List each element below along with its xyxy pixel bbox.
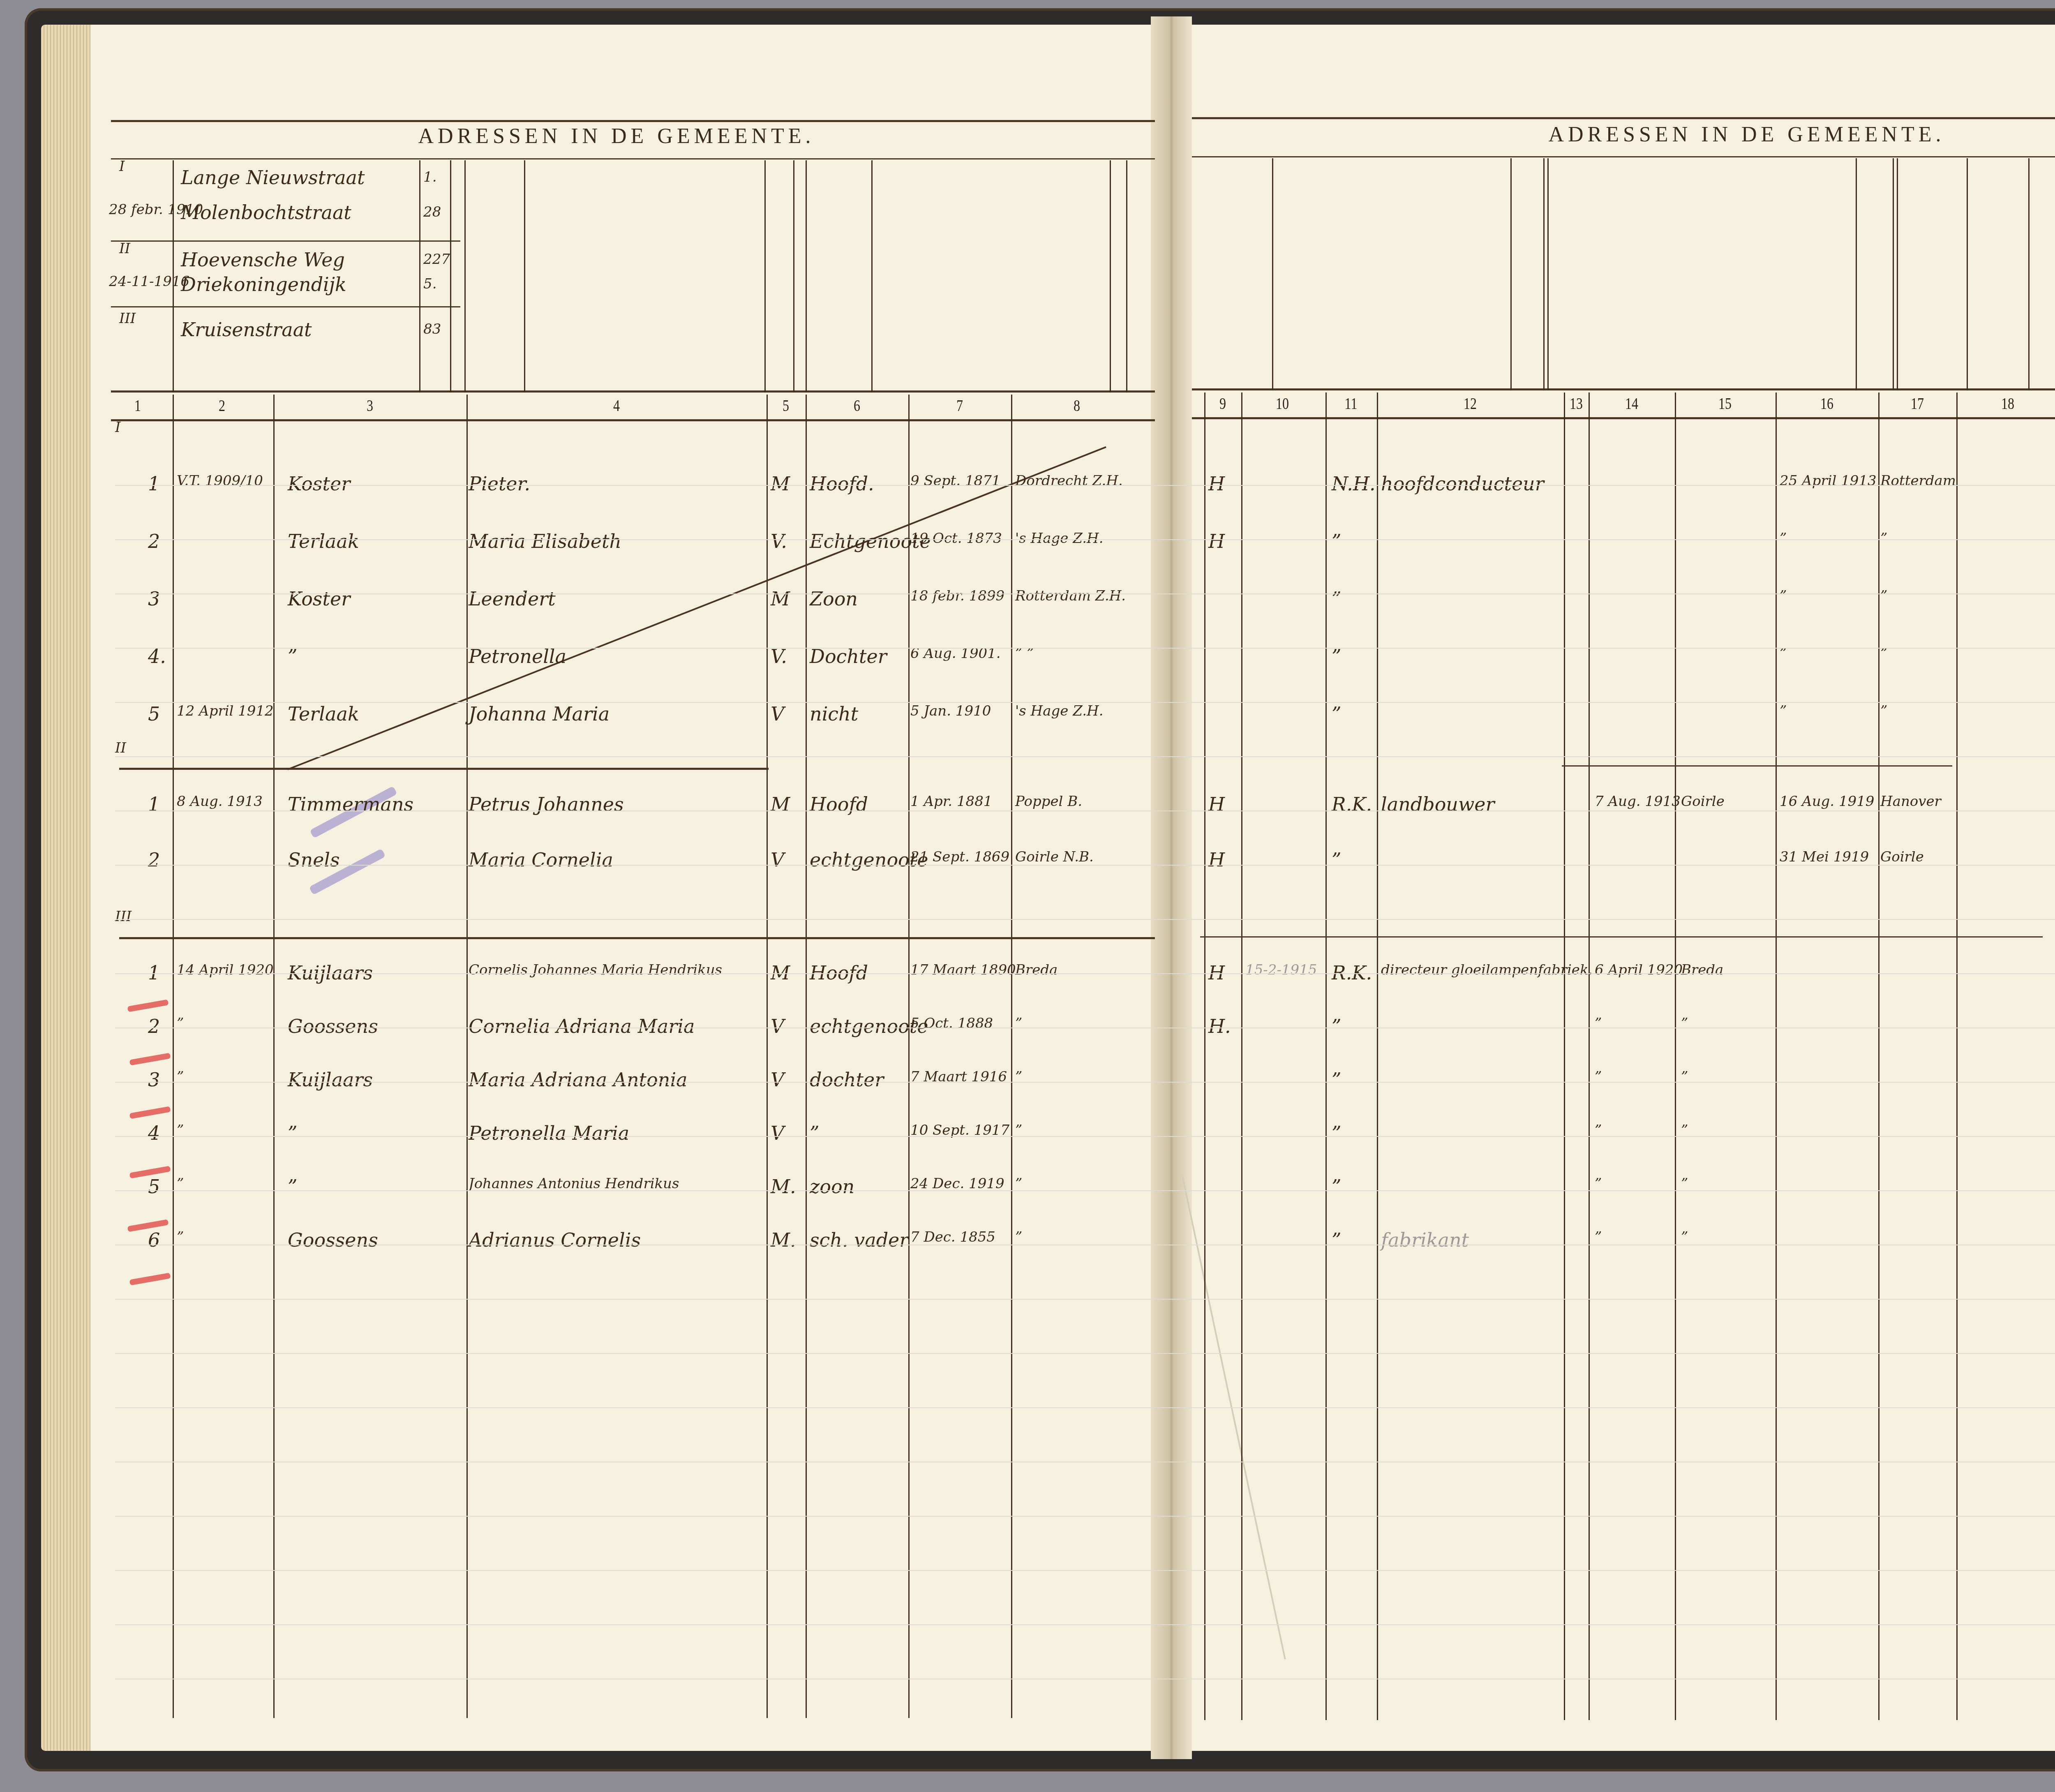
cell-relation: Hoofd (810, 793, 868, 815)
cell-c14: 7 Aug. 1913 (1595, 793, 1681, 810)
cell-sex: M. (771, 1175, 796, 1198)
cell-surname: ” (288, 1175, 298, 1198)
cell-c11: ” (1332, 1015, 1342, 1037)
cell-given: Maria Cornelia (469, 849, 613, 871)
address-column-rule (1897, 158, 1898, 390)
column-number-13: 13 (1563, 394, 1589, 413)
cell-c17: ” (1880, 588, 1887, 604)
address-column-rule (1510, 158, 1512, 390)
ruled-line (115, 593, 2055, 594)
cell-relation: zoon (810, 1175, 854, 1198)
cell-birthdate: 9 Sept. 1871 (910, 473, 1000, 489)
column-rule (1776, 393, 1777, 1720)
page-edges (41, 25, 95, 1751)
column-number-2: 2 (209, 396, 235, 415)
cell-c9: H. (1208, 1015, 1231, 1037)
cell-c12: fabrikant (1381, 1229, 1469, 1251)
ruled-line (115, 1407, 2055, 1408)
ruled-line (115, 648, 2055, 649)
ruled-line (115, 1516, 2055, 1517)
address-street: Driekoningendijk (181, 273, 346, 296)
cell-given: Cornelia Adriana Maria (469, 1015, 695, 1037)
cell-relation: Zoon (810, 588, 858, 610)
cell-c16: ” (1780, 530, 1787, 547)
address-house-number: 1. (423, 169, 436, 185)
cell-given: Maria Elisabeth (469, 530, 621, 552)
ruled-line (115, 1353, 2055, 1354)
section-title-right: ADRESSEN IN DE GEMEENTE. (1356, 122, 2055, 147)
cell-relation: sch. vader (810, 1229, 908, 1251)
cell-birthplace: ” (1015, 1015, 1022, 1032)
cell-birthdate: 17 Maart 1890 (910, 962, 1016, 978)
cell-birthplace: Poppel B. (1015, 793, 1082, 810)
address-street: Lange Nieuwstraat (181, 166, 365, 189)
address-column-rule (173, 160, 174, 393)
cell-relation: ” (810, 1122, 820, 1144)
address-separator (111, 306, 460, 307)
cell-relation: nicht (810, 703, 858, 725)
cell-c15: ” (1681, 1175, 1688, 1192)
cell-c17: Hanover (1880, 793, 1941, 810)
cell-c11: N.H. (1332, 473, 1376, 495)
cell-birthplace: Goirle N.B. (1015, 849, 1094, 865)
ruled-line (115, 1299, 2055, 1300)
column-rule (806, 395, 807, 1718)
cell-c11: ” (1332, 1175, 1342, 1198)
ruled-line (115, 1136, 2055, 1137)
address-house-number: 227 (423, 251, 450, 268)
column-number-15: 15 (1712, 394, 1738, 413)
address-column-rule (450, 160, 451, 393)
cell-c9: H (1208, 793, 1225, 815)
colnum-rule-bottom-right (1192, 417, 2055, 419)
cell-birthdate: 1 Apr. 1881 (910, 793, 992, 810)
cell-c12: hoofdconducteur (1381, 473, 1544, 495)
cell-birthplace: Dordrecht Z.H. (1015, 473, 1123, 489)
cell-nr: 2 (148, 530, 160, 552)
address-column-rule (419, 160, 420, 393)
cell-given: Johannes Antonius Hendrikus (469, 1175, 679, 1192)
column-rule (1011, 395, 1012, 1718)
ruled-line (115, 1028, 2055, 1028)
column-rule (1204, 393, 1205, 1720)
cell-nr: 1 (148, 473, 160, 495)
column-number-8: 8 (1064, 396, 1090, 415)
cell-surname: Terlaak (288, 530, 359, 552)
ruled-line (115, 973, 2055, 974)
cell-c11: ” (1332, 645, 1342, 667)
address-street: Molenbochtstraat (181, 201, 351, 224)
title-underline-right (1192, 156, 2055, 157)
address-house-number: 5. (423, 276, 436, 292)
cell-surname: Kuijlaars (288, 962, 373, 984)
top-rule-left (111, 120, 1155, 122)
cell-relation: Hoofd (810, 962, 868, 984)
cell-c15: ” (1681, 1229, 1688, 1245)
cell-c17: ” (1880, 530, 1887, 547)
address-period-marker: I (119, 158, 125, 175)
address-column-rule (1272, 158, 1273, 390)
ruled-line (115, 1245, 2055, 1245)
cell-birthdate: 5 Oct. 1888 (910, 1015, 993, 1032)
column-rule (1675, 393, 1676, 1720)
column-rule (1589, 393, 1590, 1720)
address-separator (111, 240, 460, 242)
cell-date: 14 April 1920 (177, 962, 274, 978)
column-rule (173, 395, 174, 1718)
cell-birthplace: ” (1015, 1069, 1022, 1085)
column-number-11: 11 (1338, 394, 1364, 413)
cell-given: Maria Adriana Antonia (469, 1069, 688, 1091)
address-column-rule (1547, 158, 1549, 390)
cell-birthdate: 19 Oct. 1873 (910, 530, 1002, 547)
cell-c11: ” (1332, 588, 1342, 610)
address-street: Kruisenstraat (181, 319, 312, 341)
cell-surname: Goossens (288, 1015, 378, 1037)
cell-c11: ” (1332, 1122, 1342, 1144)
ruled-line (115, 702, 2055, 703)
cell-nr: 3 (148, 1069, 160, 1091)
column-rule (1241, 393, 1242, 1720)
column-number-16: 16 (1814, 394, 1840, 413)
ruled-line (115, 756, 2055, 757)
cell-relation: dochter (810, 1069, 884, 1091)
cell-nr: 4 (148, 1122, 160, 1144)
cell-nr: 1 (148, 962, 160, 984)
title-underline-left (111, 158, 1155, 159)
cell-c17: Rotterdam (1880, 473, 1956, 489)
address-house-number: 83 (423, 321, 441, 337)
cell-sex: M (771, 588, 790, 610)
cell-surname: Snels (288, 849, 340, 871)
cell-given: Pieter. (469, 473, 530, 495)
column-number-17: 17 (1904, 394, 1930, 413)
address-column-rule (2028, 158, 2030, 390)
cell-c11: ” (1332, 849, 1342, 871)
cell-c9: H (1208, 849, 1225, 871)
address-period-marker: II (119, 240, 130, 257)
cell-surname: Kuijlaars (288, 1069, 373, 1091)
household-separator-1 (119, 768, 769, 770)
address-column-rule (764, 160, 766, 393)
column-rule (1564, 393, 1565, 1720)
household-label: II (115, 740, 126, 756)
cell-birthplace: 's Hage Z.H. (1015, 530, 1104, 547)
address-column-rule (524, 160, 525, 393)
cell-surname: Timmermans (288, 793, 413, 815)
cell-c16: 16 Aug. 1919 (1780, 793, 1874, 810)
cell-sex: V. (771, 530, 787, 552)
cell-birthplace: ” (1015, 1229, 1022, 1245)
cell-surname: Koster (288, 473, 350, 495)
cell-date: V.T. 1909/10 (177, 473, 263, 489)
cell-c10: 15-2-1915 (1245, 962, 1317, 978)
cell-nr: 6 (148, 1229, 160, 1251)
cell-c9: H (1208, 530, 1225, 552)
address-column-rule (806, 160, 807, 393)
address-column-rule (1893, 158, 1894, 390)
ruled-line (115, 865, 2055, 866)
column-number-5: 5 (773, 396, 799, 415)
column-number-14: 14 (1619, 394, 1645, 413)
ruled-line (115, 1570, 2055, 1571)
cell-birthplace: Rotterdam Z.H. (1015, 588, 1126, 604)
cell-birthdate: 7 Maart 1916 (910, 1069, 1007, 1085)
cell-given: Cornelis Johannes Maria Hendrikus (469, 962, 722, 978)
cell-c14: ” (1595, 1015, 1602, 1032)
ruled-line (115, 1462, 2055, 1462)
cell-sex: V. (771, 645, 787, 667)
ruled-line (115, 1679, 2055, 1679)
cell-nr: 2 (148, 849, 160, 871)
cell-date: ” (177, 1015, 184, 1032)
cell-c16: ” (1780, 703, 1787, 719)
cell-c11: ” (1332, 530, 1342, 552)
cell-given: Petronella (469, 645, 566, 667)
cell-c16: ” (1780, 588, 1787, 604)
household-separator-2 (119, 937, 1155, 939)
ruled-line (115, 485, 2055, 486)
cell-c12: directeur gloeilampenfabriek. (1381, 962, 1593, 978)
cell-given: Petronella Maria (469, 1122, 629, 1144)
column-number-3: 3 (357, 396, 383, 415)
column-number-12: 12 (1457, 394, 1483, 413)
column-number-6: 6 (844, 396, 870, 415)
cell-nr: 4. (148, 645, 166, 667)
cell-c11: ” (1332, 703, 1342, 725)
ruled-line (115, 1082, 2055, 1083)
colnum-rule-bottom-left (111, 419, 1155, 421)
cell-relation: Hoofd. (810, 473, 874, 495)
cell-c11: ” (1332, 1069, 1342, 1091)
address-house-number: 28 (423, 204, 441, 220)
cell-c14: ” (1595, 1229, 1602, 1245)
column-rule (1956, 393, 1958, 1720)
cell-date: ” (177, 1229, 184, 1245)
column-number-9: 9 (1210, 394, 1236, 413)
address-column-rule (1543, 158, 1545, 390)
cell-surname: ” (288, 645, 298, 667)
cell-relation: Dochter (810, 645, 887, 667)
address-period-marker: III (119, 310, 136, 327)
address-column-rule (1110, 160, 1111, 393)
address-column-rule (1126, 160, 1127, 393)
cell-sex: M (771, 962, 790, 984)
ruled-line (115, 1190, 2055, 1191)
column-number-4: 4 (603, 396, 630, 415)
cell-given: Johanna Maria (469, 703, 610, 725)
cell-sex: V (771, 1069, 784, 1091)
cell-sex: M (771, 473, 790, 495)
cell-surname: Goossens (288, 1229, 378, 1251)
cell-c15: Goirle (1681, 793, 1725, 810)
cell-nr: 5 (148, 703, 160, 725)
cell-birthdate: 7 Dec. 1855 (910, 1229, 995, 1245)
cell-birthdate: 24 Dec. 1919 (910, 1175, 1004, 1192)
section-title-left: ADRESSEN IN DE GEMEENTE. (288, 124, 945, 148)
cell-birthdate: 21 Sept. 1869 (910, 849, 1009, 865)
cell-c16: 31 Mei 1919 (1780, 849, 1869, 865)
column-rule (908, 395, 910, 1718)
cell-sex: V (771, 1122, 784, 1144)
cell-given: Leendert (469, 588, 556, 610)
right-page (1175, 25, 2055, 1751)
cell-c11: ” (1332, 1229, 1342, 1251)
address-column-rule (793, 160, 794, 393)
cell-date: 12 April 1912 (177, 703, 274, 719)
cell-c12: landbouwer (1381, 793, 1495, 815)
address-street: Hoevensche Weg (181, 249, 345, 271)
colnum-rule-top-right (1192, 388, 2055, 390)
column-number-7: 7 (947, 396, 973, 415)
column-number-10: 10 (1269, 394, 1295, 413)
cell-c14: 6 April 1920 (1595, 962, 1683, 978)
column-rule (1377, 393, 1378, 1720)
cell-sex: M. (771, 1229, 796, 1251)
cell-birthdate: 18 febr. 1899 (910, 588, 1004, 604)
cell-c17: ” (1880, 703, 1887, 719)
top-rule-right (1192, 117, 2055, 119)
cell-nr: 5 (148, 1175, 160, 1198)
column-rule (767, 395, 768, 1718)
cell-nr: 3 (148, 588, 160, 610)
household-label: III (115, 908, 132, 925)
column-rule (1325, 393, 1327, 1720)
cell-c11: R.K. (1332, 793, 1372, 815)
address-column-rule (1856, 158, 1857, 390)
cell-nr: 1 (148, 793, 160, 815)
ruled-line (115, 919, 2055, 920)
column-number-18: 18 (1995, 394, 2021, 413)
cell-c15: Breda (1681, 962, 1723, 978)
cell-sex: M (771, 793, 790, 815)
cell-date: 8 Aug. 1913 (177, 793, 263, 810)
column-number-1: 1 (125, 396, 151, 415)
cell-c17: Goirle (1880, 849, 1924, 865)
cell-surname: Koster (288, 588, 350, 610)
address-column-rule (871, 160, 873, 393)
column-rule (1878, 393, 1880, 1720)
address-date: 24-11-1916 (109, 273, 189, 290)
cell-c9: H (1208, 473, 1225, 495)
cell-date: ” (177, 1175, 184, 1192)
cell-surname: ” (288, 1122, 298, 1144)
cell-c14: ” (1595, 1069, 1602, 1085)
cell-given: Petrus Johannes (469, 793, 624, 815)
cell-c15: ” (1681, 1069, 1688, 1085)
household-separator-1-right (1562, 765, 1952, 767)
cell-birthplace: 's Hage Z.H. (1015, 703, 1104, 719)
household-separator-2-right (1200, 936, 2043, 938)
cell-given: Adrianus Cornelis (469, 1229, 641, 1251)
ruled-line (115, 539, 2055, 540)
cell-sex: V (771, 703, 784, 725)
cell-sex: V (771, 849, 784, 871)
colnum-rule-top-left (111, 390, 1155, 393)
cell-sex: V (771, 1015, 784, 1037)
cell-surname: Terlaak (288, 703, 359, 725)
book-gutter (1151, 16, 1192, 1759)
address-column-rule (464, 160, 466, 393)
ruled-line (115, 1624, 2055, 1625)
cell-c14: ” (1595, 1175, 1602, 1192)
cell-birthplace: Breda (1015, 962, 1058, 978)
cell-c15: ” (1681, 1015, 1688, 1032)
column-rule (273, 395, 275, 1718)
cell-c9: H (1208, 962, 1225, 984)
ruled-line (115, 811, 2055, 811)
cell-date: ” (177, 1069, 184, 1085)
cell-c11: R.K. (1332, 962, 1372, 984)
column-rule (466, 395, 468, 1718)
address-column-rule (1967, 158, 1968, 390)
cell-nr: 2 (148, 1015, 160, 1037)
cell-birthplace: ” (1015, 1175, 1022, 1192)
household-label: I (115, 419, 120, 436)
cell-c16: 25 April 1913 (1780, 473, 1877, 489)
cell-birthdate: 5 Jan. 1910 (910, 703, 991, 719)
